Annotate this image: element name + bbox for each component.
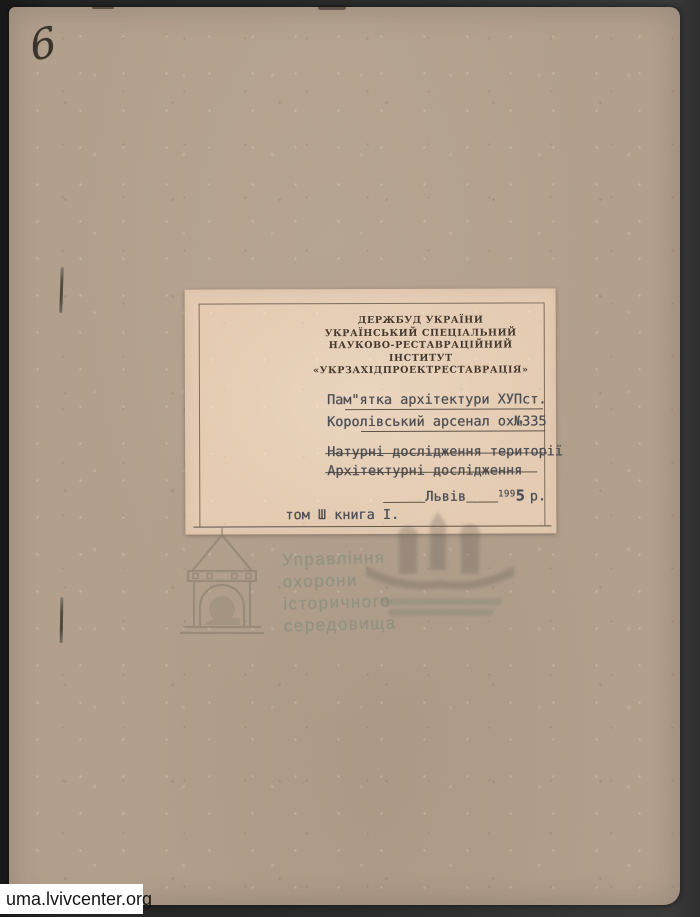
edge-smudge bbox=[92, 6, 114, 9]
monument-line: Пам"ятка архітектури ХУПст. bbox=[327, 392, 547, 408]
header-line: ДЕРЖБУД УКРАЇНИ bbox=[295, 314, 547, 327]
watermark: uma.lvivcenter.org bbox=[0, 884, 143, 914]
city-year-row: Львів 199 5 р. bbox=[383, 488, 546, 507]
faded-skyline-stamp bbox=[358, 510, 522, 622]
watermark-text: uma.lvivcenter.org bbox=[6, 889, 152, 910]
year-digit: 5 bbox=[516, 488, 525, 503]
form-rule bbox=[383, 502, 425, 503]
header-line: ІНСТИТУТ bbox=[295, 352, 547, 365]
institution-header: ДЕРЖБУД УКРАЇНИ УКРАЇНСЬКИЙ СПЕЦІАЛЬНИЙ … bbox=[295, 314, 547, 377]
scanned-archive-cover: 6 ДЕРЖБУД УКРАЇНИ УКРАЇНСЬКИЙ СПЕЦІАЛЬНИ… bbox=[0, 0, 700, 917]
year-prefix: 199 bbox=[498, 487, 516, 502]
header-line: УКРАЇНСЬКИЙ СПЕЦІАЛЬНИЙ bbox=[295, 327, 547, 340]
city-label: Львів bbox=[425, 490, 466, 505]
form-rule bbox=[466, 502, 498, 503]
year-suffix: р. bbox=[530, 489, 546, 504]
header-line: «УКРЗАХІДПРОЕКТРЕСТАВРАЦІЯ» bbox=[295, 364, 547, 377]
header-line: НАУКОВО-РЕСТАВРАЦІЙНИЙ bbox=[295, 339, 547, 352]
heritage-office-stamp-logo bbox=[176, 527, 268, 643]
object-line: Королівський арсенал ох№335 bbox=[327, 414, 547, 430]
edge-smudge bbox=[318, 5, 346, 10]
title-label: ДЕРЖБУД УКРАЇНИ УКРАЇНСЬКИЙ СПЕЦІАЛЬНИЙ … bbox=[185, 288, 557, 534]
